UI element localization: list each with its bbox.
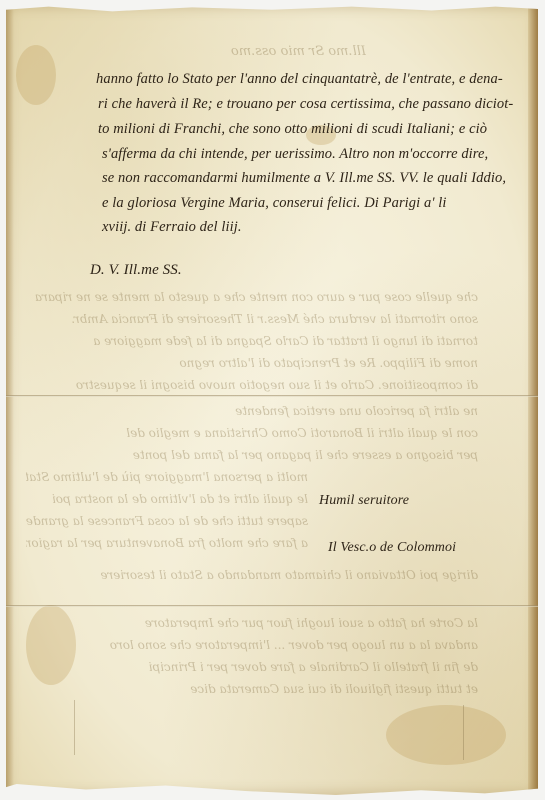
bleed-through-line: molti a persona l'maggiore più de l'ulti… <box>26 467 308 488</box>
signature: Il Vesc.o de Colommoi <box>328 540 456 556</box>
body-line: se non raccomandarmi humilmente a V. Ill… <box>102 170 506 187</box>
bleed-through-line: che quelle cose pur e auro con mente che… <box>26 287 478 308</box>
bleed-through-line: con le quali altri il Bonaroti Como Chri… <box>26 423 478 444</box>
body-line: xviij. di Ferraio del liij. <box>102 219 242 236</box>
body-line: e la gloriosa Vergine Maria, conserui fe… <box>102 195 447 212</box>
paper-edge-left <box>6 5 14 795</box>
paper-edge-right-stain <box>528 5 538 795</box>
bleed-through-heading: Ill.mo Sr mio oss.mo <box>206 41 366 62</box>
bleed-through-line: sono ritornati la verdura ché Mess.r il … <box>26 309 478 330</box>
bleed-through-line: nome di Filippo. Re et Prencipato di l'a… <box>26 353 478 374</box>
bleed-through-line: tornati di lungo il trattar di Carlo Spa… <box>26 331 478 352</box>
bleed-through-line: et tutti questi figliuoli di cui sua Cam… <box>26 679 478 700</box>
bleed-through-line: per bisogno a essere che li pagano per l… <box>26 445 478 466</box>
manuscript-page: Ill.mo Sr mio oss.mo che quelle cose pur… <box>6 5 538 795</box>
bleed-through-line: a fare che molto fra Bonaventura per la … <box>26 533 308 554</box>
bleed-through-line: dirige poi Ottaviano il chiamato mandand… <box>26 565 478 586</box>
bleed-through-line: andava la a un luogo per dover ... l'imp… <box>26 635 478 656</box>
bleed-through-line: di compositione. Carlo et il suo negotio… <box>26 375 478 396</box>
body-line: hanno fatto lo Stato per l'anno del cinq… <box>96 71 503 88</box>
crease-mark <box>463 705 464 760</box>
bleed-through-line: sapere tutti che de la cosa Francese la … <box>26 511 308 532</box>
body-line: s'afferma da chi intende, per uerissimo.… <box>102 146 488 163</box>
paper-stain <box>386 705 506 765</box>
bleed-through-line: ne altri fa pericolo una eretica fendent… <box>26 401 478 422</box>
crease-mark <box>74 700 75 755</box>
bleed-through-line: la Corte ha fatto a suoi luoghi fuor pur… <box>26 613 478 634</box>
bleed-through-line: le quali altri et da l'vltimo de la nost… <box>26 489 308 510</box>
body-line: to milioni di Franchi, che sono otto mil… <box>98 121 487 138</box>
body-line: ri che haverà il Re; e trouano per cosa … <box>98 96 513 113</box>
closing-address: D. V. Ill.me SS. <box>90 262 182 279</box>
paper-stain <box>16 45 56 105</box>
valediction: Humil seruitore <box>319 493 409 509</box>
bleed-through-line: de fin il fratello il Cardinale a fare d… <box>26 657 478 678</box>
fold-line-lower <box>6 605 538 607</box>
